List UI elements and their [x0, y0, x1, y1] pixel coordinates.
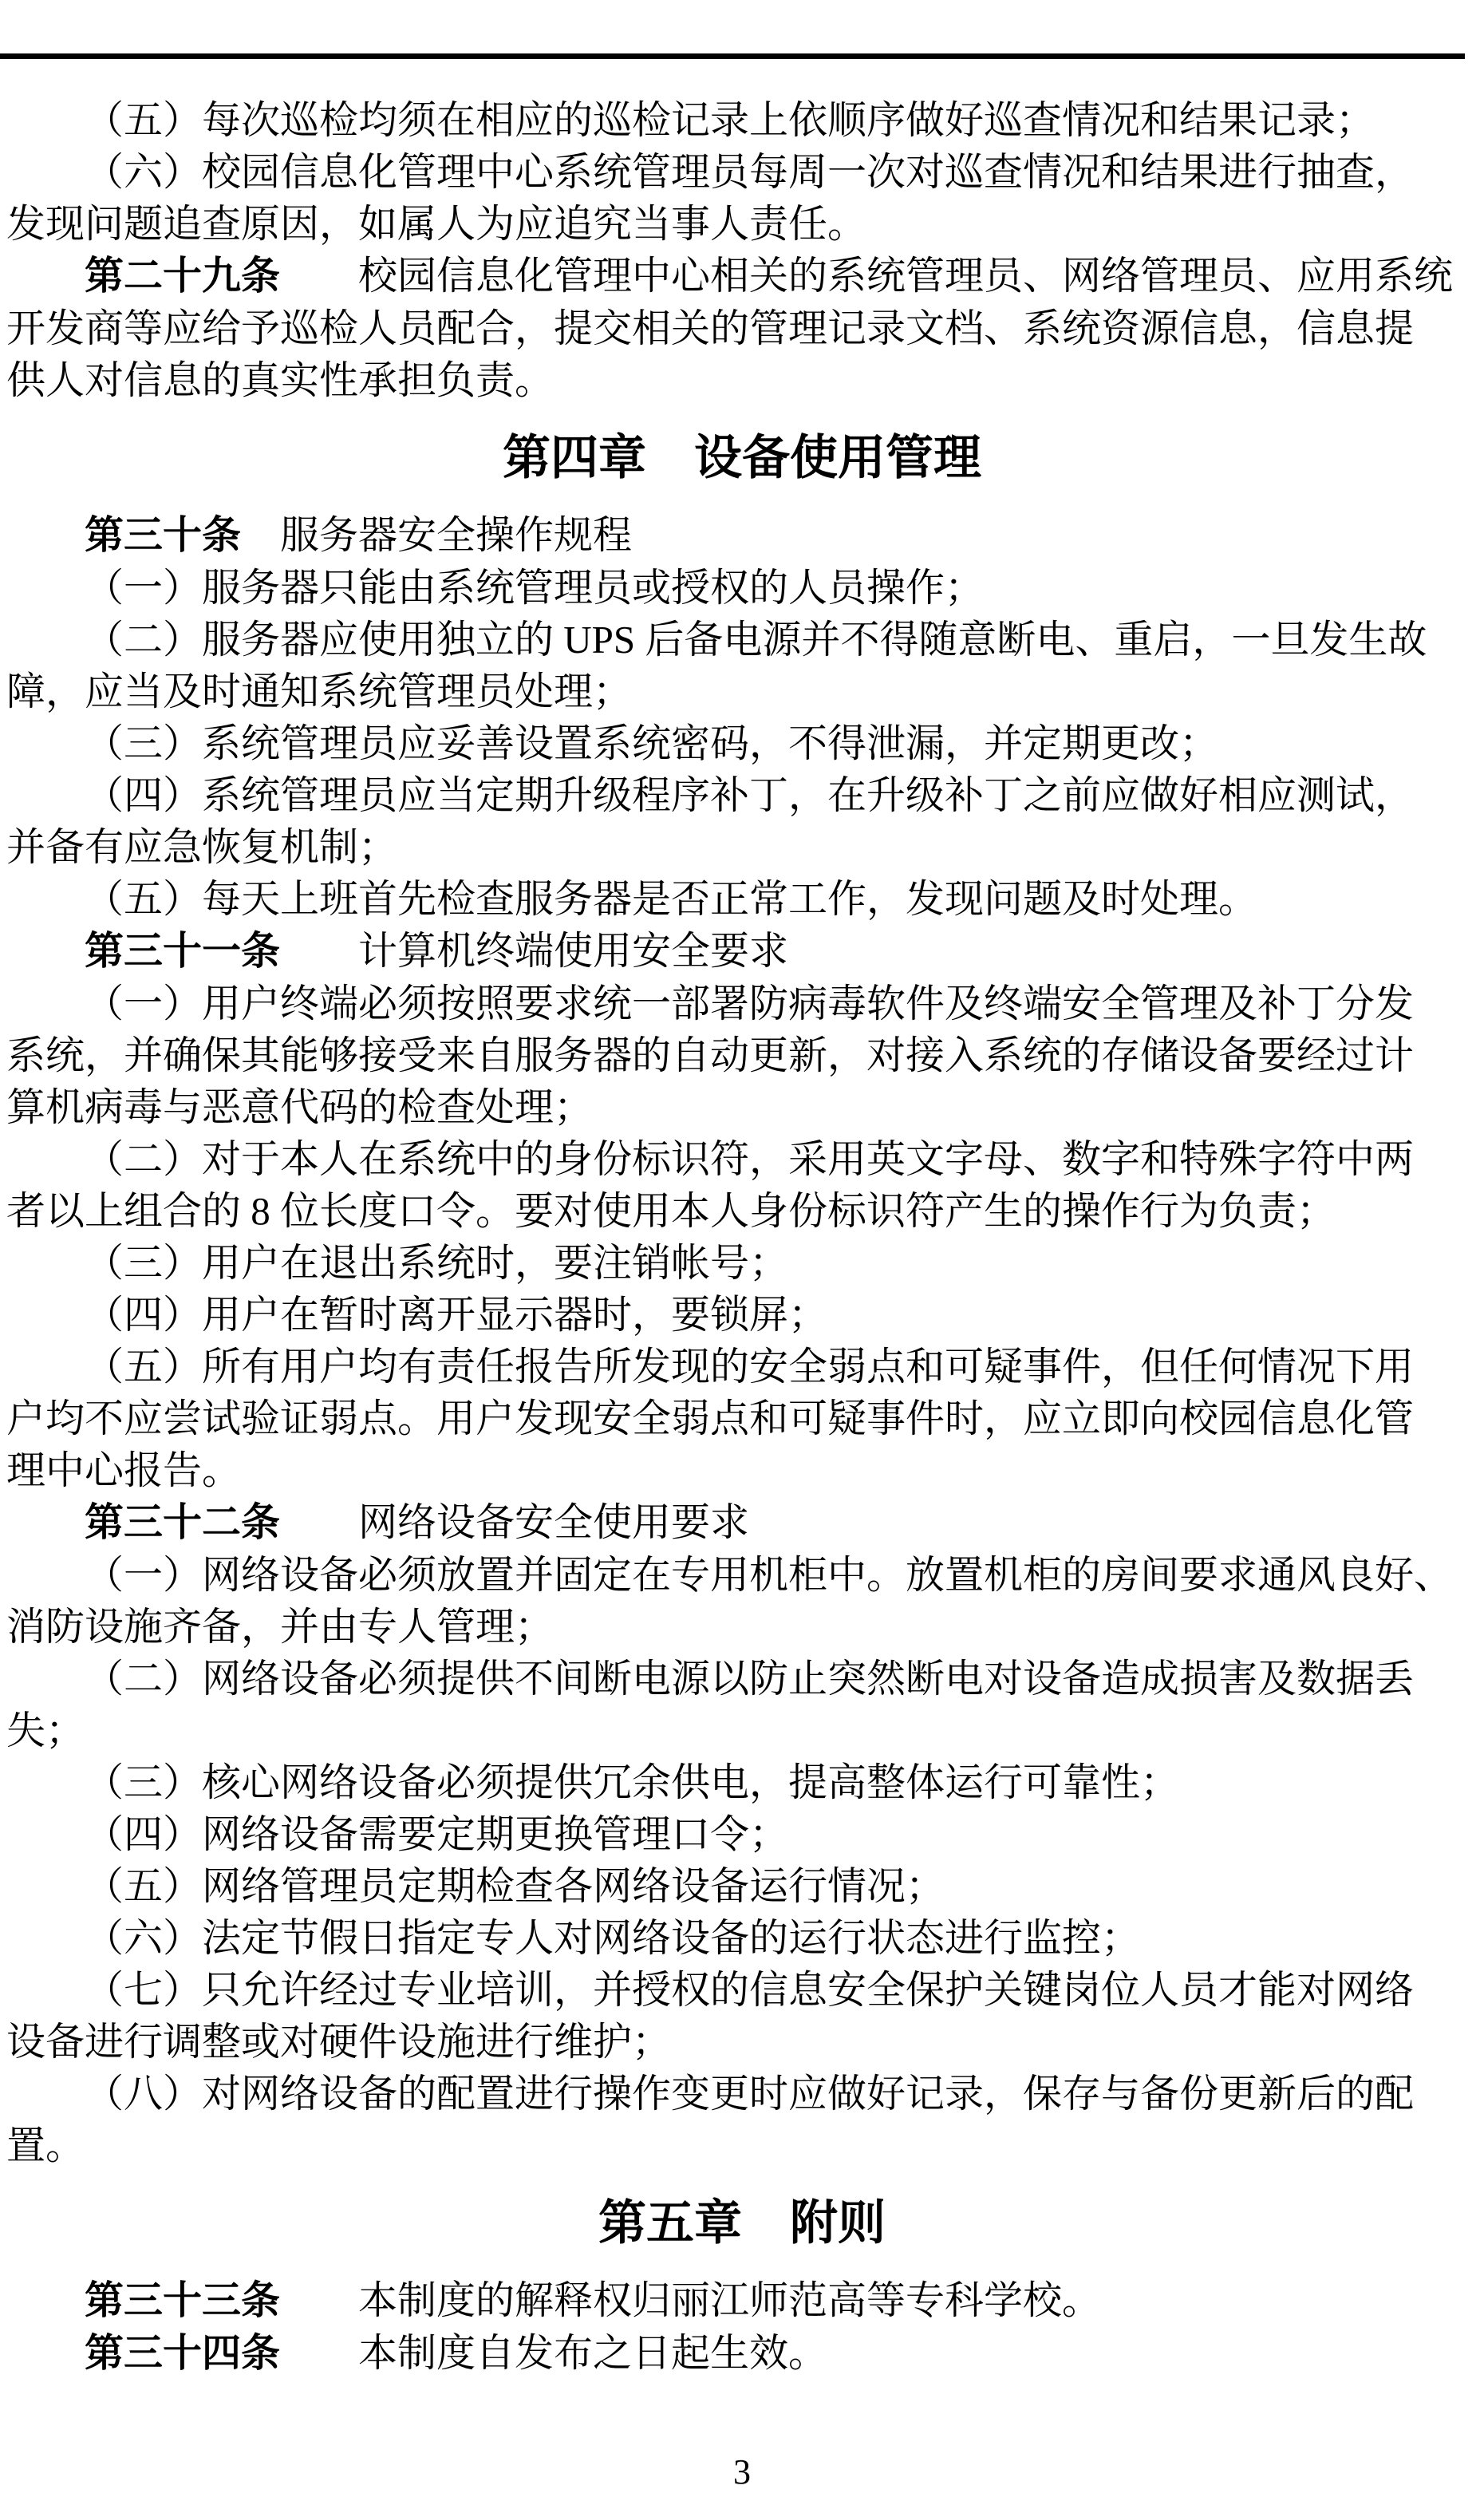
text-line: 者以上组合的 8 位长度口令。要对使用本人身份标识符产生的操作行为负责；	[6, 1185, 1478, 1237]
text-line: （六）法定节假日指定专人对网络设备的运行状态进行监控；	[6, 1912, 1478, 1964]
text-line: （三）核心网络设备必须提供冗余供电，提高整体运行可靠性；	[6, 1756, 1478, 1808]
text-line: 第二十九条 校园信息化管理中心相关的系统管理员、网络管理员、应用系统	[6, 250, 1478, 302]
page-top-rule	[0, 53, 1465, 59]
document-page: （五）每次巡检均须在相应的巡检记录上依顺序做好巡查情况和结果记录；（六）校园信息…	[0, 0, 1484, 2501]
text-line: 消防设施齐备，并由专人管理；	[6, 1601, 1478, 1653]
article-number: 第三十二条	[85, 1501, 280, 1544]
article-number: 第三十一条	[85, 930, 280, 973]
text-line: （一）用户终端必须按照要求统一部署防病毒软件及终端安全管理及补丁分发	[6, 978, 1478, 1029]
text-line: 并备有应急恢复机制；	[6, 821, 1478, 873]
text-line: （二）网络设备必须提供不间断电源以防止突然断电对设备造成损害及数据丢	[6, 1653, 1478, 1705]
text-line: 第三十一条 计算机终端使用安全要求	[6, 925, 1478, 978]
text-line: 障，应当及时通知系统管理员处理；	[6, 666, 1478, 717]
text-line: （六）校园信息化管理中心系统管理员每周一次对巡查情况和结果进行抽查，	[6, 146, 1478, 198]
text-line: （四）用户在暂时离开显示器时，要锁屏；	[6, 1289, 1478, 1341]
text-line: （三）用户在退出系统时，要注销帐号；	[6, 1237, 1478, 1289]
text-line: （二）对于本人在系统中的身份标识符，采用英文字母、数字和特殊字符中两	[6, 1133, 1478, 1185]
chapter-heading: 第四章 设备使用管理	[6, 430, 1478, 486]
text-line: 发现问题追查原因，如属人为应追究当事人责任。	[6, 198, 1478, 250]
text-line: （二）服务器应使用独立的 UPS 后备电源并不得随意断电、重启，一旦发生故	[6, 614, 1478, 666]
text-line: （一）服务器只能由系统管理员或授权的人员操作；	[6, 562, 1478, 614]
text-line: （四）网络设备需要定期更换管理口令；	[6, 1808, 1478, 1860]
text-line: 置。	[6, 2120, 1478, 2171]
text-line: （八）对网络设备的配置进行操作变更时应做好记录，保存与备份更新后的配	[6, 2068, 1478, 2120]
text-line: 第三十四条 本制度自发布之日起生效。	[6, 2327, 1478, 2380]
text-line: （四）系统管理员应当定期升级程序补丁，在升级补丁之前应做好相应测试，	[6, 769, 1478, 821]
text-line: （五）每天上班首先检查服务器是否正常工作，发现问题及时处理。	[6, 873, 1478, 925]
text-line: （五）每次巡检均须在相应的巡检记录上依顺序做好巡查情况和结果记录；	[6, 94, 1478, 146]
text-line: 理中心报告。	[6, 1444, 1478, 1496]
chapter-heading: 第五章 附则	[6, 2195, 1478, 2251]
article-number: 第三十四条	[85, 2332, 280, 2375]
text-line: 供人对信息的真实性承担负责。	[6, 354, 1478, 406]
text-line: （五）网络管理员定期检查各网络设备运行情况；	[6, 1860, 1478, 1912]
text-line: 开发商等应给予巡检人员配合，提交相关的管理记录文档、系统资源信息，信息提	[6, 302, 1478, 354]
text-line: 失；	[6, 1705, 1478, 1756]
article-number: 第三十三条	[85, 2279, 280, 2322]
page-number: 3	[0, 2452, 1484, 2493]
text-line: 系统，并确保其能够接受来自服务器的自动更新，对接入系统的存储设备要经过计	[6, 1029, 1478, 1081]
text-line: 算机病毒与恶意代码的检查处理；	[6, 1081, 1478, 1133]
text-line: （五）所有用户均有责任报告所发现的安全弱点和可疑事件，但任何情况下用	[6, 1341, 1478, 1393]
text-line: （三）系统管理员应妥善设置系统密码，不得泄漏，并定期更改；	[6, 717, 1478, 769]
article-number: 第三十条	[85, 514, 241, 557]
text-line: 设备进行调整或对硬件设施进行维护；	[6, 2016, 1478, 2068]
text-line: （七）只允许经过专业培训，并授权的信息安全保护关键岗位人员才能对网络	[6, 1964, 1478, 2016]
text-line: 第三十三条 本制度的解释权归丽江师范高等专科学校。	[6, 2274, 1478, 2327]
document-body: （五）每次巡检均须在相应的巡检记录上依顺序做好巡查情况和结果记录；（六）校园信息…	[6, 94, 1478, 2380]
text-line: 第三十二条 网络设备安全使用要求	[6, 1496, 1478, 1549]
text-line: 户均不应尝试验证弱点。用户发现安全弱点和可疑事件时，应立即向校园信息化管	[6, 1393, 1478, 1444]
article-number: 第二十九条	[85, 255, 280, 298]
text-line: （一）网络设备必须放置并固定在专用机柜中。放置机柜的房间要求通风良好、	[6, 1549, 1478, 1601]
text-line: 第三十条 服务器安全操作规程	[6, 509, 1478, 562]
